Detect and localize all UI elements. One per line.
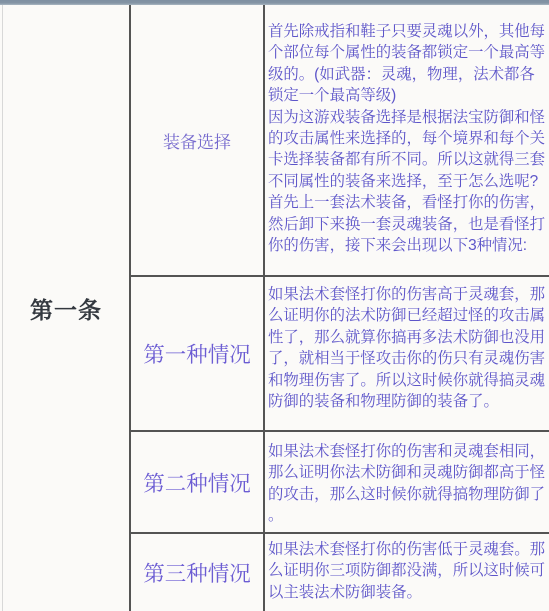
table-cell-case-3-content: 如果法术套怪打你的伤害低于灵魂套。那么证明你三项防御都没满，所以这时候可以主装法… — [263, 532, 549, 611]
case-label: 第二种情况 — [143, 467, 251, 498]
content-paragraph: 如果法术套怪打你的伤害高于灵魂套，那么证明你的法术防御已经超过怪的攻击属性了，那… — [268, 284, 549, 412]
table-cell-content-equipment-selection: 首先除戒指和鞋子只要灵魂以外，其他每个部位每个属性的装备都锁定一个最高等级的。(… — [263, 5, 549, 275]
content-paragraph: 首先上一套法术装备，看怪打你的伤害，然后卸下来换一套灵魂装备，也是看怪打你的伤害… — [268, 192, 549, 256]
table-cell-case-2-content: 如果法术套怪打你的伤害和灵魂套相同，那么证明你法术防御和灵魂防御都高于怪的攻击，… — [263, 430, 549, 532]
content-paragraph: 因为这游戏装备选择是根据法宝防御和怪的攻击属性来选择的，每个境界和每个关卡选择装… — [268, 107, 549, 193]
case-label: 第一种情况 — [143, 338, 251, 369]
table-cell-case-3-label: 第三种情况 — [131, 532, 263, 611]
table-cell-case-1-content: 如果法术套怪打你的伤害高于灵魂套，那么证明你的法术防御已经超过怪的攻击属性了，那… — [263, 275, 549, 430]
topic-label: 装备选择 — [163, 128, 231, 153]
section-label: 第一条 — [30, 292, 102, 325]
equipment-guide-table: 第一条 装备选择 首先除戒指和鞋子只要灵魂以外，其他每个部位每个属性的装备都锁定… — [2, 5, 549, 611]
table-cell-case-2-label: 第二种情况 — [131, 430, 263, 532]
content-paragraph: 如果法术套怪打你的伤害低于灵魂套。那么证明你三项防御都没满，所以这时候可以主装法… — [268, 539, 549, 603]
content-paragraph: 如果法术套怪打你的伤害和灵魂套相同，那么证明你法术防御和灵魂防御都高于怪的攻击，… — [268, 441, 549, 527]
table-cell-section: 第一条 — [3, 5, 131, 611]
table-cell-topic-equipment-selection: 装备选择 — [131, 5, 263, 275]
case-label: 第三种情况 — [143, 557, 251, 588]
content-paragraph: 首先除戒指和鞋子只要灵魂以外，其他每个部位每个属性的装备都锁定一个最高等级的。(… — [268, 21, 549, 107]
table-cell-case-1-label: 第一种情况 — [131, 275, 263, 430]
